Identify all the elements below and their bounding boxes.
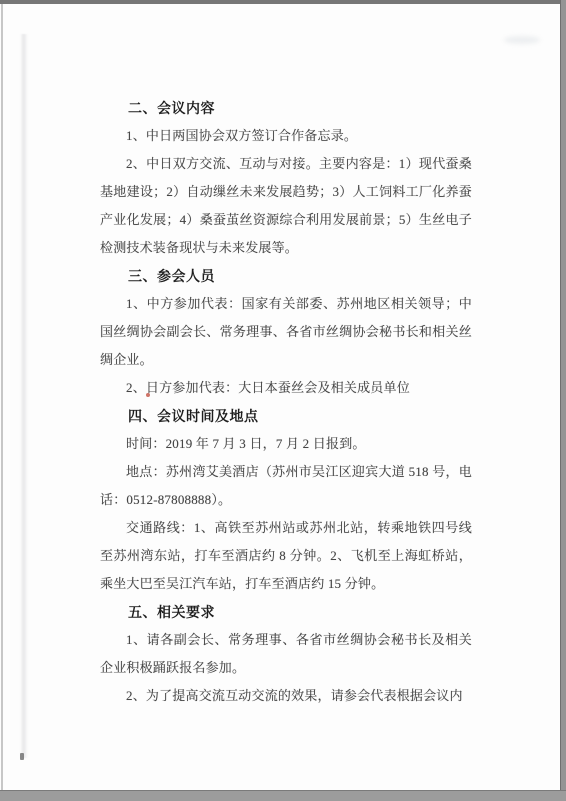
section-heading: 四、会议时间及地点 (100, 402, 472, 430)
paragraph: 地点：苏州湾艾美酒店（苏州市吴江区迎宾大道 518 号，电话：0512-8780… (100, 458, 472, 514)
section-meeting-content: 二、会议内容 1、中日两国协会双方签订合作备忘录。 2、中日双方交流、互动与对接… (100, 94, 472, 262)
scan-edge-top (0, 0, 566, 4)
section-heading: 五、相关要求 (100, 598, 472, 626)
scan-smudge (504, 36, 540, 44)
section-participants: 三、参会人员 1、中方参加代表：国家有关部委、苏州地区相关领导；中国丝绸协会副会… (100, 262, 472, 402)
paragraph: 1、中日两国协会双方签订合作备忘录。 (100, 122, 472, 150)
section-requirements: 五、相关要求 1、请各副会长、常务理事、各省市丝绸协会秘书长及相关企业积极踊跃报… (100, 598, 472, 710)
paragraph: 交通路线：1、高铁至苏州站或苏州北站，转乘地铁四号线至苏州湾东站，打车至酒店约 … (100, 514, 472, 598)
paragraph: 2、中日双方交流、互动与对接。主要内容是：1）现代蚕桑基地建设；2）自动缫丝未来… (100, 150, 472, 262)
paragraph: 2、为了提高交流互动交流的效果，请参会代表根据会议内 (100, 682, 472, 710)
document-body: 二、会议内容 1、中日两国协会双方签订合作备忘录。 2、中日双方交流、互动与对接… (100, 94, 472, 710)
paragraph: 时间：2019 年 7 月 3 日，7 月 2 日报到。 (100, 430, 472, 458)
section-heading: 三、参会人员 (100, 262, 472, 290)
scan-edge-bottom (0, 790, 566, 801)
scan-edge-left (1, 4, 3, 790)
section-heading: 二、会议内容 (100, 94, 472, 122)
scan-shadow-band (20, 34, 28, 758)
scan-edge-right (560, 0, 566, 801)
paragraph: 2、日方参加代表：大日本蚕丝会及相关成员单位 (100, 374, 472, 402)
section-time-location: 四、会议时间及地点 时间：2019 年 7 月 3 日，7 月 2 日报到。 地… (100, 402, 472, 598)
paragraph: 1、中方参加代表：国家有关部委、苏州地区相关领导；中国丝绸协会副会长、常务理事、… (100, 290, 472, 374)
scanned-document-page: 二、会议内容 1、中日两国协会双方签订合作备忘录。 2、中日双方交流、互动与对接… (0, 0, 566, 801)
scan-speck (20, 753, 24, 760)
paragraph: 1、请各副会长、常务理事、各省市丝绸协会秘书长及相关企业积极踊跃报名参加。 (100, 626, 472, 682)
